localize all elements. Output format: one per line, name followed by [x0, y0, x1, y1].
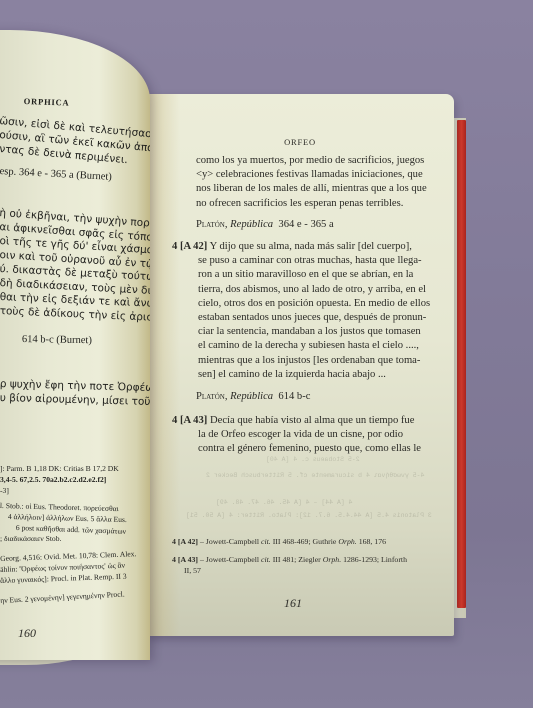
text-line: la de Orfeo escoger la vida de un cisne,… — [172, 428, 447, 442]
citation-work: República — [230, 391, 273, 402]
apparatus-line: -3] — [0, 486, 9, 497]
left-page: ORPHICA ῶσιν, εἰσὶ δὲ καὶ τελευτήσασιν, … — [0, 30, 150, 660]
entry-id: 4 [A 43] — [172, 415, 207, 426]
text-line: como los ya muertos, por medio de sacrif… — [196, 154, 446, 168]
fragment-reference: esp. 364 e - 365 a (Burnet) — [0, 165, 112, 185]
right-page: 2-5 Stobaeus c. 4 [A 40] 4-5 γνωσθήναι 4… — [146, 94, 454, 636]
citation: Platón, República 614 b-c — [196, 390, 454, 404]
running-head: ORPHICA — [24, 94, 70, 110]
text-line: estaban sentados unos jueces que, despué… — [172, 311, 447, 325]
citation: Platón, República 364 e - 365 a — [196, 218, 454, 232]
running-head: ORFEO — [146, 137, 454, 147]
citation-author: Platón — [196, 391, 225, 402]
footnote-italic: Orph. — [323, 555, 341, 564]
footnote-italic: cit. — [261, 555, 271, 564]
footnote-id: 4 [A 43] — [172, 555, 198, 564]
footnote-continuation: II, 57 — [172, 565, 452, 576]
footnote-text: III 468-469; Guthrie — [271, 537, 339, 546]
entry-a42: 4 [A 42] Y dijo que su alma, nada más sa… — [172, 240, 447, 382]
page-number: 161 — [284, 596, 302, 611]
apparatus-line: ; διαδικάσαιεν Stob. — [0, 534, 61, 545]
footnote-text: III 481; Ziegler — [271, 555, 323, 564]
continuation-paragraph: como los ya muertos, por medio de sacrif… — [196, 154, 446, 211]
citation-locus: 614 b-c — [278, 391, 310, 402]
footnote-italic: cit. — [261, 537, 271, 546]
text-line: ciar la sentencia, mandaban a los justos… — [172, 325, 447, 339]
text-line: el camino de la derecha y subiesen hasta… — [172, 339, 447, 353]
citation-locus: 364 e - 365 a — [278, 219, 333, 230]
bleed-through-line: 4 [A 44] – 4 [A 45. 46. 47. 48. 49] — [216, 499, 353, 506]
bleed-through-line: 4-5 γνωσθήναι 4 b sicuramente cf. 5 Ritt… — [206, 472, 424, 479]
text-line: Decía que había visto al alma que un tie… — [210, 415, 414, 426]
text-line: nos liberan de los males de allí, mientr… — [196, 182, 446, 196]
text-line: no ofrecen sacrificios les esperan penas… — [196, 197, 446, 211]
bleed-through-line: 2-5 Stobaeus c. 4 [A 40] — [266, 456, 360, 463]
text-line: ron a un sitio maravilloso en el que se … — [172, 268, 447, 282]
footnote: 4 [A 42] – Jowett-Campbell cit. III 468-… — [172, 536, 452, 547]
text-line: se puso a caminar con otras muchas, hast… — [172, 254, 447, 268]
text-line: cielo, otros dos en posición opuesta. En… — [172, 297, 447, 311]
apparatus-line: ην Eus. 2 γενομένην] γεγενημένην Procl. — [0, 589, 125, 606]
footnote-text: 1286-1293; Linforth — [341, 555, 407, 564]
text-line: <y> celebraciones festivas llamadas inic… — [196, 168, 446, 182]
footnotes: 4 [A 42] – Jowett-Campbell cit. III 468-… — [172, 536, 452, 583]
text-line: Y dijo que su alma, nada más salir [del … — [210, 241, 412, 252]
bleed-through-line: 3 Platonis 4.5 [A 44.4.5. 6.7. 12]: Plat… — [186, 512, 432, 519]
citation-author: Platón — [196, 219, 225, 230]
text-line: tierra, dos abismos, uno al lado de otro… — [172, 283, 447, 297]
footnote-text: 168, 176 — [357, 537, 386, 546]
entry-id: 4 [A 42] — [172, 241, 207, 252]
page-number: 160 — [18, 626, 36, 641]
red-page-edge — [457, 120, 466, 608]
apparatus-line: ]: Parm. B 1,18 DK: Critias B 17,2 DK — [0, 464, 119, 475]
footnote-italic: Orph. — [338, 537, 356, 546]
book-photo-scene: 2-5 Stobaeus c. 4 [A 40] 4-5 γνωσθήναι 4… — [0, 0, 533, 708]
footnote: 4 [A 43] – Jowett-Campbell cit. III 481;… — [172, 554, 452, 576]
footnote-id: 4 [A 42] — [172, 537, 198, 546]
citation-work: República — [230, 219, 273, 230]
text-line: contra el género femenino, puesto que, c… — [172, 442, 447, 456]
footnote-text: – Jowett-Campbell — [198, 537, 261, 546]
fragment-reference: 614 b-c (Burnet) — [22, 333, 92, 348]
entry-a43: 4 [A 43] Decía que había visto al alma q… — [172, 414, 447, 457]
text-line: mientras que a los injustos [les ordenab… — [172, 354, 447, 368]
footnote-text: – Jowett-Campbell — [198, 555, 261, 564]
greek-line: υ βίον αἱρουμένην, μίσει τοῦ γυναικείου — [0, 391, 150, 411]
apparatus-line: 3,4-5. 67,2.5. 70a2.b2.c2.d2.e2.f2] — [0, 475, 106, 486]
text-line: sen] el camino de la izquierda hacia aba… — [172, 368, 447, 382]
